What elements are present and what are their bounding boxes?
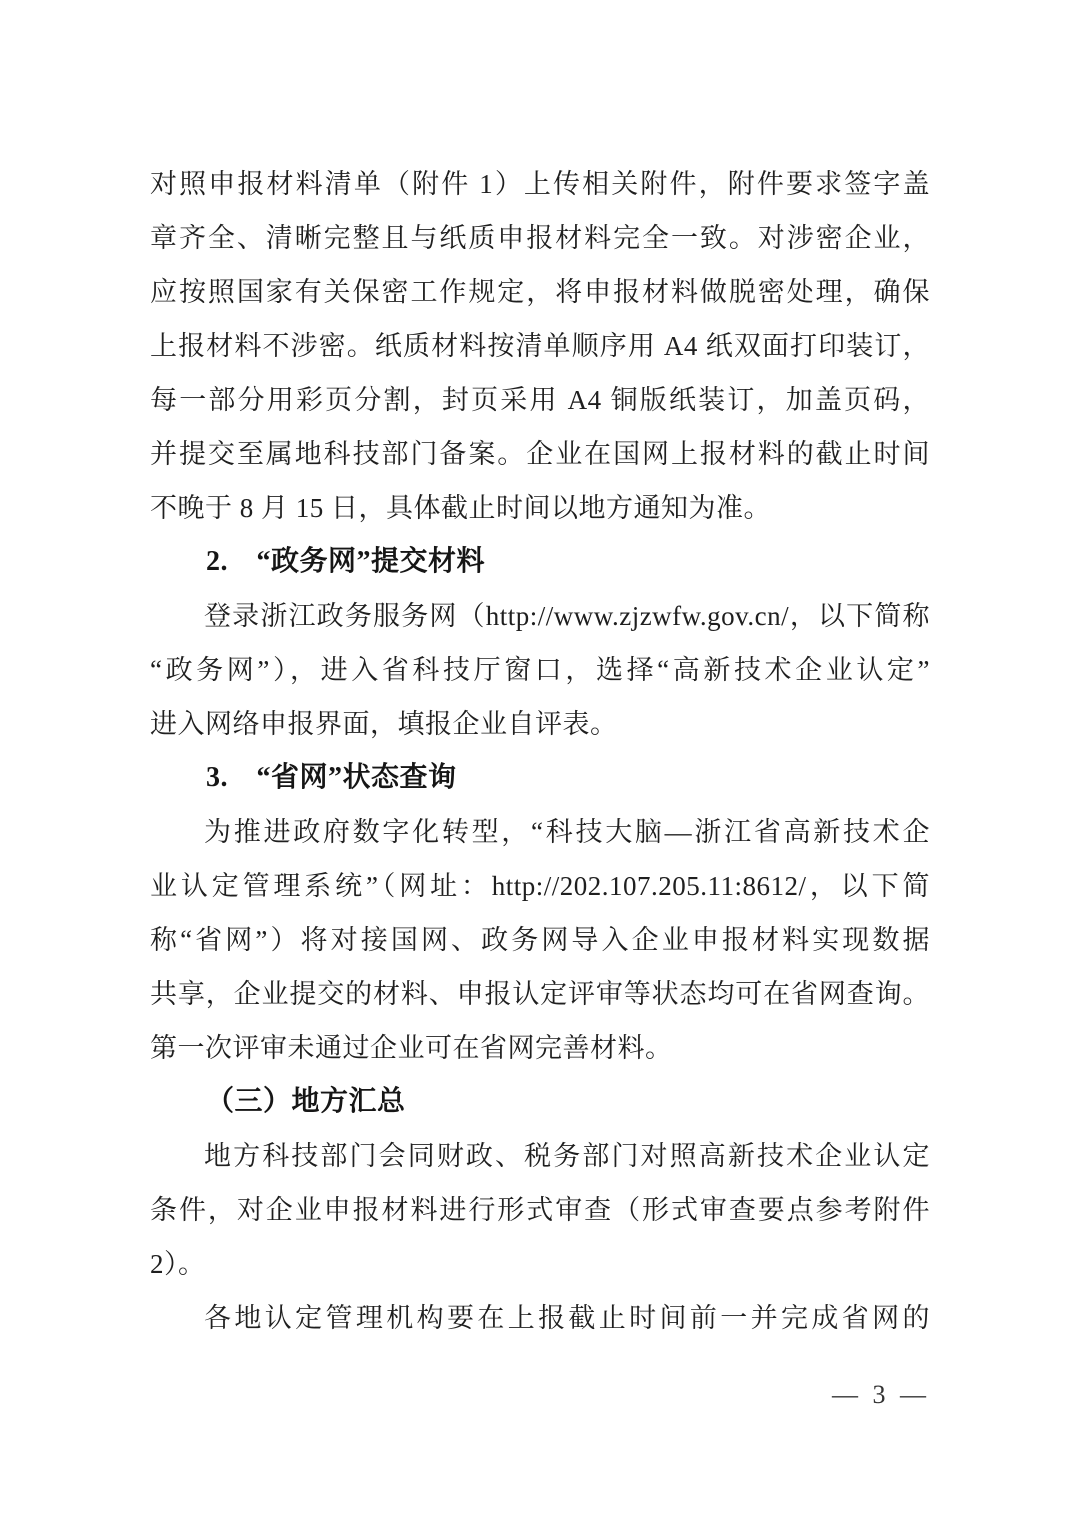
text-line: 条件，对企业申报材料进行形式审查（形式审查要点参考附件: [150, 1183, 930, 1237]
text-line: 应按照国家有关保密工作规定，将申报材料做脱密处理，确保: [150, 265, 930, 319]
text-line: 对照申报材料清单（附件 1）上传相关附件，附件要求签字盖: [150, 157, 930, 211]
text-line: 各地认定管理机构要在上报截止时间前一并完成省网的: [150, 1291, 930, 1345]
text-line: “政务网”），进入省科技厅窗口，选择“高新技术企业认定”: [150, 643, 930, 697]
text-line: 并提交至属地科技部门备案。企业在国网上报材料的截止时间: [150, 427, 930, 481]
text-line: 地方科技部门会同财政、税务部门对照高新技术企业认定: [150, 1129, 930, 1183]
text-line: 共享，企业提交的材料、申报认定评审等状态均可在省网查询。: [150, 967, 930, 1021]
text-line: 业认定管理系统”（网址：http://202.107.205.11:8612/，…: [150, 859, 930, 913]
text-line: 登录浙江政务服务网（http://www.zjzwfw.gov.cn/，以下简称: [150, 589, 930, 643]
text-line: 上报材料不涉密。纸质材料按清单顺序用 A4 纸双面打印装订，: [150, 319, 930, 373]
section-heading: 3. “省网”状态查询: [150, 751, 930, 805]
text-line: 称“省网”）将对接国网、政务网导入企业申报材料实现数据: [150, 913, 930, 967]
section-heading: （三）地方汇总: [150, 1075, 930, 1129]
section-heading: 2. “政务网”提交材料: [150, 535, 930, 589]
text-line: 章齐全、清晰完整且与纸质申报材料完全一致。对涉密企业，: [150, 211, 930, 265]
document-body: 对照申报材料清单（附件 1）上传相关附件，附件要求签字盖章齐全、清晰完整且与纸质…: [150, 157, 930, 1345]
text-line: 2）。: [150, 1237, 930, 1291]
text-line: 第一次评审未通过企业可在省网完善材料。: [150, 1021, 930, 1075]
text-line: 每一部分用彩页分割，封页采用 A4 铜版纸装订，加盖页码，: [150, 373, 930, 427]
text-line: 不晚于 8 月 15 日，具体截止时间以地方通知为准。: [150, 481, 930, 535]
text-line: 进入网络申报界面，填报企业自评表。: [150, 697, 930, 751]
page-number: — 3 —: [832, 1380, 930, 1410]
text-line: 为推进政府数字化转型，“科技大脑—浙江省高新技术企: [150, 805, 930, 859]
document-page: 对照申报材料清单（附件 1）上传相关附件，附件要求签字盖章齐全、清晰完整且与纸质…: [0, 0, 1080, 1526]
